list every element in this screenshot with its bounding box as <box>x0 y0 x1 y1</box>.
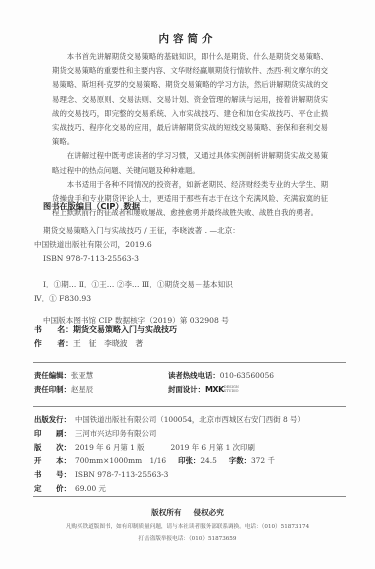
copyright-page: 内容简介 本书首先讲解期货交易策略的基础知识，即什么是期货、什么是期货交易策略、… <box>0 0 375 569</box>
printing-value: 2019 年 6 月第 1 次印刷 <box>171 443 255 452</box>
price-label: 定 价： <box>34 482 75 496</box>
quality-contact-notice: 凡购买铁道版图书，如有印制质量问题，请与本社读者服务部联系调换。电话：（010）… <box>0 522 375 530</box>
words-value: 372 千 <box>251 456 275 465</box>
cover-design-logo-subtext: DESIGNSTUDIO <box>224 386 239 393</box>
intro-paragraph: 本书适用于各种不同情况的投资者，如新老期民、经济财经类专业的大学生、期货操盘手和… <box>52 178 328 221</box>
cip-heading: 图书在版编目（CIP）数据 <box>43 201 140 212</box>
hotline-label: 读者热线电话： <box>168 369 220 383</box>
format-value: 700mm×1000mm 1/16 <box>75 456 166 465</box>
book-author-label: 作 者： <box>34 335 73 353</box>
divider <box>33 406 346 407</box>
intro-title: 内容简介 <box>0 31 375 46</box>
cover-design-logo: MXK <box>205 385 224 394</box>
isbn-value: ISBN 978-7-113-25563-3 <box>75 470 168 479</box>
cip-line: 期货交易策略入门与实战技巧 / 王征，李晓波著 . —北京： <box>34 224 334 238</box>
edition-label: 版 次： <box>34 441 75 455</box>
cip-line: Ⅰ．①期… Ⅱ．①王… ②李… Ⅲ．①期货交易－基本知识 <box>34 278 334 292</box>
print-manager-label: 责任印制： <box>34 383 71 397</box>
divider <box>33 362 346 363</box>
publication-info: 出版发行：中国铁道出版社有限公司（100054，北京市西城区右安门西街 8 号）… <box>34 413 344 496</box>
piracy-report-phone: 打击盗版举报电话：（010）51873659 <box>0 534 375 542</box>
intro-body: 本书首先讲解期货交易策略的基础知识，即什么是期货、什么是期货交易策略、期货交易策… <box>52 50 328 220</box>
hotline-value: 010-63560056 <box>220 371 274 380</box>
editor-info: 责任编辑：张亚慧 读者热线电话：010-63560056 责任印制：赵星辰 封面… <box>34 369 334 396</box>
format-label: 开 本： <box>34 454 75 468</box>
print-manager-value: 赵星辰 <box>71 385 93 394</box>
price-value: 69.00 元 <box>75 484 106 493</box>
printer-value: 三河市兴达印务有限公司 <box>75 429 156 438</box>
cover-design-label: 封面设计： <box>168 383 205 397</box>
intro-paragraph: 本书首先讲解期货交易策略的基础知识，即什么是期货、什么是期货交易策略、期货交易策… <box>52 50 328 149</box>
cip-line: 中国铁道出版社有限公司，2019.6 <box>34 238 334 252</box>
copyright-notice: 版权所有侵权必究 <box>0 507 375 518</box>
editor-label: 责任编辑： <box>34 369 71 383</box>
sheets-value: 24.5 <box>200 456 216 465</box>
publisher-value: 中国铁道出版社有限公司（100054，北京市西城区右安门西街 8 号） <box>75 415 305 424</box>
isbn-label: 书 号： <box>34 468 75 482</box>
edition-value: 2019 年 6 月第 1 版 <box>75 443 145 452</box>
sheets-label: 印张： <box>178 454 200 468</box>
editor-value: 张亚慧 <box>71 371 93 380</box>
book-info: 书 名：期货交易策略入门与实战技巧 作 者：王 征 李晓波 著 <box>34 321 177 353</box>
printer-label: 印 刷： <box>34 427 75 441</box>
divider <box>33 496 346 497</box>
cip-line: Ⅳ．① F830.93 <box>34 292 334 306</box>
intro-paragraph: 在讲解过程中既考虑读者的学习习惯，又通过具体实例剖析讲解期货实战交易策略过程中的… <box>52 149 328 177</box>
book-author-value: 王 征 李晓波 著 <box>73 339 143 348</box>
cip-block: 期货交易策略入门与实战技巧 / 王征，李晓波著 . —北京： 中国铁道出版社有限… <box>34 224 334 328</box>
words-label: 字数： <box>229 454 251 468</box>
publisher-label: 出版发行： <box>34 413 75 427</box>
cip-isbn: ISBN 978-7-113-25563-3 <box>34 252 334 266</box>
